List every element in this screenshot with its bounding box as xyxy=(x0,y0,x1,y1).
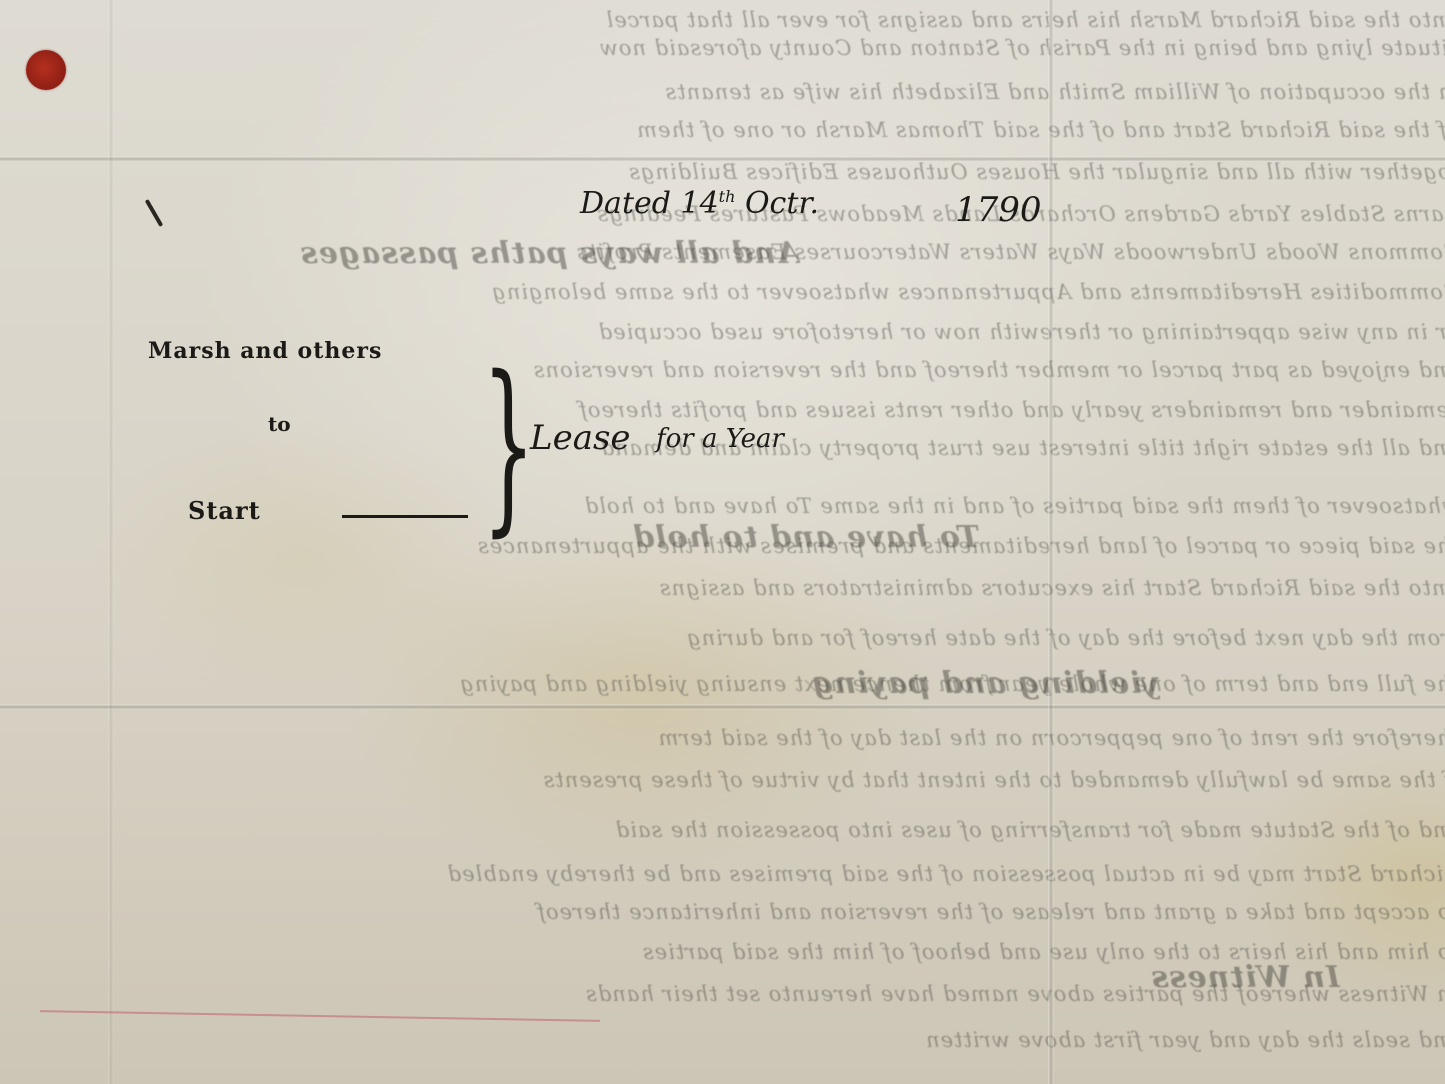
show-through-bold-line: yielding and paying xyxy=(560,666,1160,701)
red-wax-seal xyxy=(26,50,66,90)
party-one: Marsh and others xyxy=(148,338,382,364)
show-through-line: unto the said Richard Start his executor… xyxy=(0,576,1445,600)
show-through-line: therefore the rent of one peppercorn on … xyxy=(0,726,1445,750)
show-through-line: of the said Richard Start and of the sai… xyxy=(0,118,1445,142)
show-through-line: and of the Statute made for transferring… xyxy=(0,818,1445,842)
show-through-line: if the same be lawfully demanded to the … xyxy=(0,768,1445,792)
show-through-line: remainder and remainders yearly and othe… xyxy=(0,398,1445,422)
show-through-text: unto the said Richard Marsh his heirs an… xyxy=(0,0,1445,1084)
show-through-line: to accept and take a grant and release o… xyxy=(0,900,1445,924)
show-through-line: Richard Start may be in actual possessio… xyxy=(0,862,1445,886)
show-through-bold-line: To have and to hold xyxy=(380,520,980,555)
dated-month: Octr. xyxy=(745,186,819,221)
show-through-line: from the day next before the day of the … xyxy=(0,626,1445,650)
show-through-line: and seals the day and year first above w… xyxy=(0,1028,1445,1052)
connector-to: to xyxy=(268,412,291,436)
document-title-rest: for a Year xyxy=(656,424,784,454)
underline-stroke xyxy=(342,515,468,518)
show-through-bold-line: In Witness xyxy=(740,960,1340,995)
show-through-line: unto the said Richard Marsh his heirs an… xyxy=(0,8,1445,32)
party-two: Start xyxy=(188,496,261,525)
show-through-line: together with all and singular the House… xyxy=(0,160,1445,184)
show-through-line: situate lying and being in the Parish of… xyxy=(0,36,1445,60)
dated-label: Dated 14 xyxy=(580,186,719,221)
show-through-line: Commodities Hereditaments and Appurtenan… xyxy=(0,280,1445,304)
show-through-bold-line: And all ways paths passages xyxy=(200,236,800,271)
date-line: Dated 14th Octr. xyxy=(580,186,819,221)
show-through-line: in the occupation of William Smith and E… xyxy=(0,80,1445,104)
document-title: Lease xyxy=(530,418,631,458)
curly-brace: } xyxy=(482,352,535,538)
dated-suffix: th xyxy=(719,187,736,206)
year: 1790 xyxy=(955,190,1042,230)
